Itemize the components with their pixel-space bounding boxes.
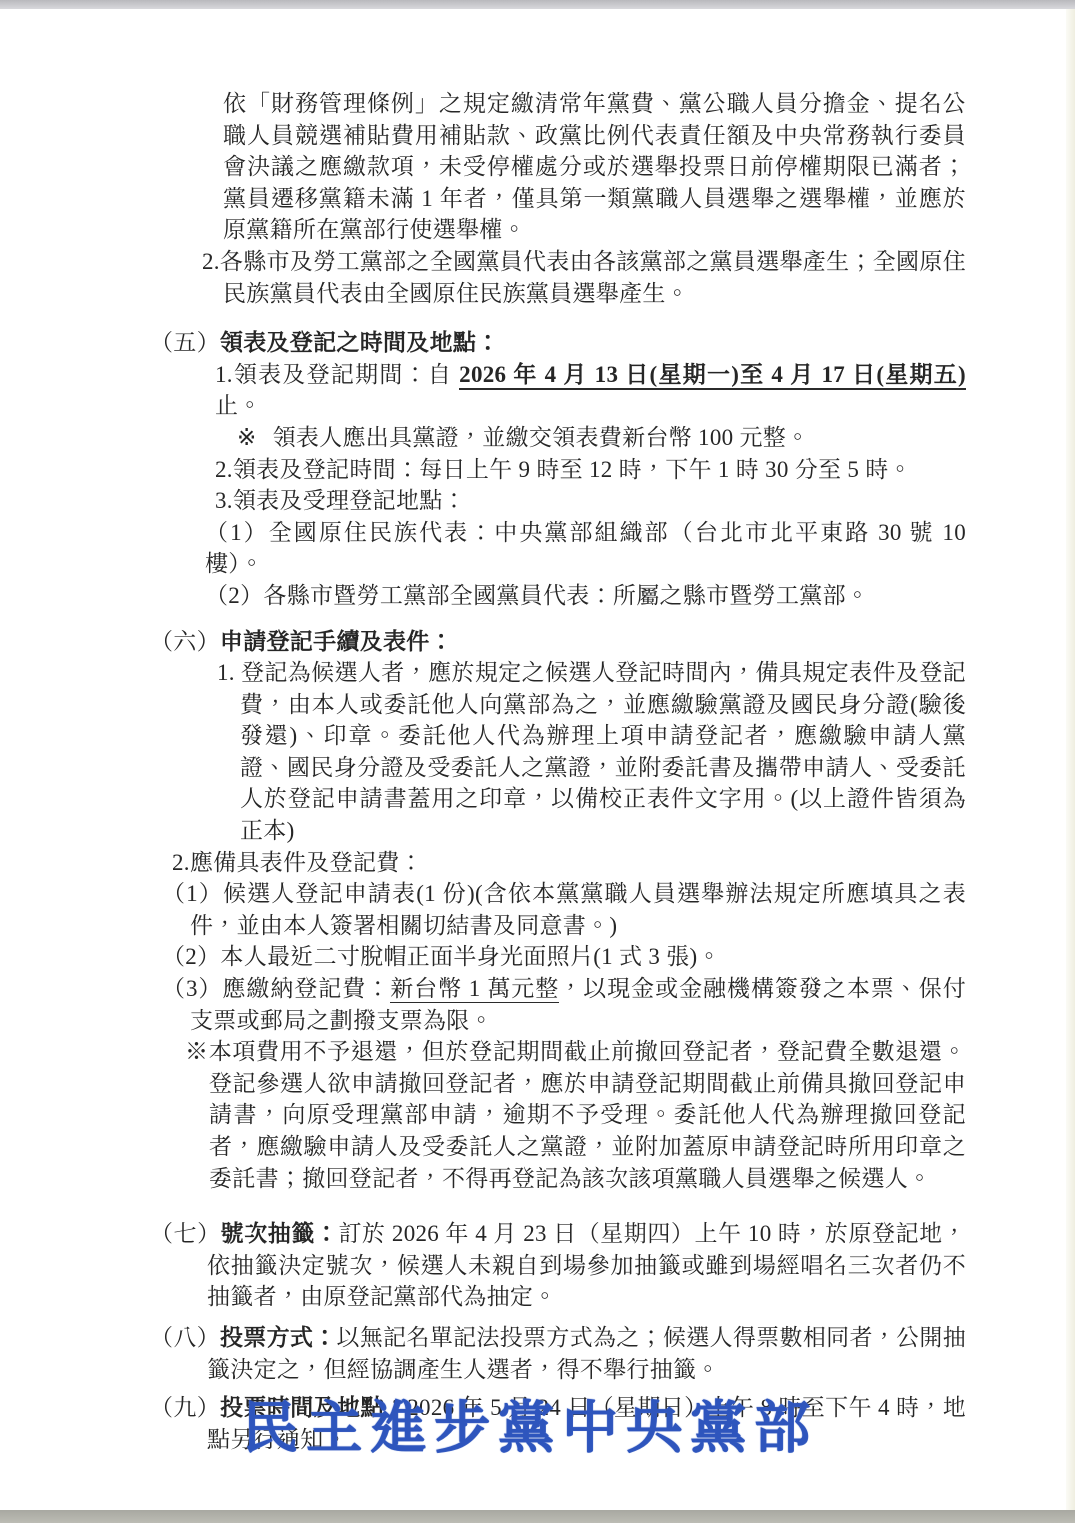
section-5-label: （五） — [150, 330, 220, 355]
section-5-heading: （五）領表及登記之時間及地點： — [150, 327, 966, 359]
section-6-subitem-2: （2）本人最近二寸脫帽正面半身光面照片(1 式 3 張)。 — [150, 941, 966, 973]
list-label: （2） — [162, 944, 220, 969]
list-label: 3. — [215, 488, 233, 513]
list-label: （3） — [162, 976, 222, 1001]
section-7-title: 號次抽籤： — [221, 1221, 339, 1246]
section-8-label: （八） — [150, 1325, 220, 1350]
registration-period-value: 2026 年 4 月 13 日(星期一)至 4 月 17 日(星期五) — [459, 362, 966, 390]
section-5-subitem-1: （1）全國原住民族代表：中央黨部組織部（台北市北平東路 30 號 10 樓）。 — [205, 517, 966, 580]
item-text: 應備具表件及登記費： — [190, 850, 423, 875]
section-7-label: （七） — [150, 1221, 221, 1246]
intro-paragraph-text: 依「財務管理條例」之規定繳清常年黨費、黨公職人員分擔金、提名公職人員競選補貼費用… — [223, 91, 966, 242]
section-5-item-2: 2.領表及登記時間：每日上午 9 時至 12 時，下午 1 時 30 分至 5 … — [215, 454, 966, 486]
item-text: 各縣市暨勞工黨部全國黨員代表：所屬之縣市暨勞工黨部。 — [263, 583, 869, 608]
list-label: 1. — [215, 362, 233, 387]
section-6-item-2: 2.應備具表件及登記費： — [172, 847, 966, 879]
document-body: 依「財務管理條例」之規定繳清常年黨費、黨公職人員分擔金、提名公職人員競選補貼費用… — [150, 88, 966, 1455]
section-6-note: ※本項費用不予退還，但於登記期間截止前撤回登記者，登記費全數退還。登記參選人欲申… — [150, 1036, 966, 1194]
section-6-subitem-3: （3）應繳納登記費：新台幣 1 萬元整，以現金或金融機構簽發之本票、保付支票或郵… — [150, 973, 966, 1036]
item-text: 領表及登記期間：自 — [233, 362, 459, 387]
section-8-title: 投票方式： — [220, 1325, 337, 1350]
scan-edge-right — [1066, 9, 1075, 1510]
section-7: （七）號次抽籤：訂於 2026 年 4 月 23 日（星期四）上午 10 時，於… — [150, 1218, 966, 1313]
section-5-title: 領表及登記之時間及地點： — [220, 330, 500, 355]
section-6-item-1: 1.登記為候選人者，應於規定之候選人登記時間內，備具規定表件及登記費，由本人或委… — [150, 657, 966, 847]
scan-edge-bottom — [0, 1510, 1075, 1523]
intro-item-2: 2.各縣市及勞工黨部之全國黨員代表由各該黨部之黨員選舉產生；全國原住民族黨員代表… — [150, 246, 966, 309]
asterisk-mark: ※ — [185, 1039, 209, 1064]
section-6-title: 申請登記手續及表件： — [220, 629, 453, 654]
list-label: （1） — [205, 520, 269, 545]
section-5-item-3: 3.領表及受理登記地點： — [215, 485, 966, 517]
item-text: 領表及登記時間：每日上午 9 時至 12 時，下午 1 時 30 分至 5 時。 — [233, 457, 912, 482]
item-text: 候選人登記申請表(1 份)(含依本黨黨職人員選舉辦法規定所應填具之表件，並由本人… — [190, 881, 966, 938]
item-text: 登記為候選人者，應於規定之候選人登記時間內，備具規定表件及登記費，由本人或委託他… — [240, 660, 966, 843]
section-8: （八）投票方式：以無記名單記法投票方式為之；候選人得票數相同者，公開抽籤決定之，… — [150, 1322, 966, 1385]
item-text: 止。 — [215, 393, 262, 418]
section-5-item-1: 1.領表及登記期間：自 2026 年 4 月 13 日(星期一)至 4 月 17… — [215, 359, 966, 422]
section-5-subitem-2: （2）各縣市暨勞工黨部全國黨員代表：所屬之縣市暨勞工黨部。 — [205, 580, 966, 612]
section-6-subitem-1: （1）候選人登記申請表(1 份)(含依本黨黨職人員選舉辦法規定所應填具之表件，並… — [150, 878, 966, 941]
note-text: 領表人應出具黨證，並繳交領表費新台幣 100 元整。 — [273, 425, 810, 450]
intro-item-2-text: 各縣市及勞工黨部之全國黨員代表由各該黨部之黨員選舉產生；全國原住民族黨員代表由全… — [220, 249, 966, 306]
item-text: 本人最近二寸脫帽正面半身光面照片(1 式 3 張)。 — [220, 944, 720, 969]
list-label: 1. — [217, 660, 235, 685]
list-label: （2） — [205, 583, 263, 608]
party-headquarters-stamp: 民主進步黨中央黨部 — [242, 1392, 782, 1466]
scanned-document-page: { "doc": { "intro": { "para": "依「財務管理條例」… — [0, 0, 1075, 1523]
item-text: 應繳納登記費： — [222, 976, 390, 1001]
list-label: 2. — [172, 850, 190, 875]
item-text: 領表及受理登記地點： — [233, 488, 466, 513]
section-6-label: （六） — [150, 629, 220, 654]
asterisk-mark: ※ — [237, 425, 257, 450]
item-text: 全國原住民族代表：中央黨部組織部（台北市北平東路 30 號 10 樓）。 — [205, 520, 966, 577]
list-label: （1） — [162, 881, 223, 906]
registration-fee-value: 新台幣 1 萬元整 — [390, 976, 559, 1003]
scan-edge-top — [0, 0, 1075, 9]
note-text: 本項費用不予退還，但於登記期間截止前撤回登記者，登記費全數退還。登記參選人欲申請… — [209, 1039, 966, 1190]
section-6-heading: （六）申請登記手續及表件： — [150, 626, 966, 658]
list-label: 2. — [202, 249, 220, 274]
section-5-note: ※領表人應出具黨證，並繳交領表費新台幣 100 元整。 — [237, 422, 966, 454]
list-label: 2. — [215, 457, 233, 482]
intro-paragraph: 依「財務管理條例」之規定繳清常年黨費、黨公職人員分擔金、提名公職人員競選補貼費用… — [223, 88, 966, 246]
section-9-label: （九） — [150, 1395, 220, 1420]
